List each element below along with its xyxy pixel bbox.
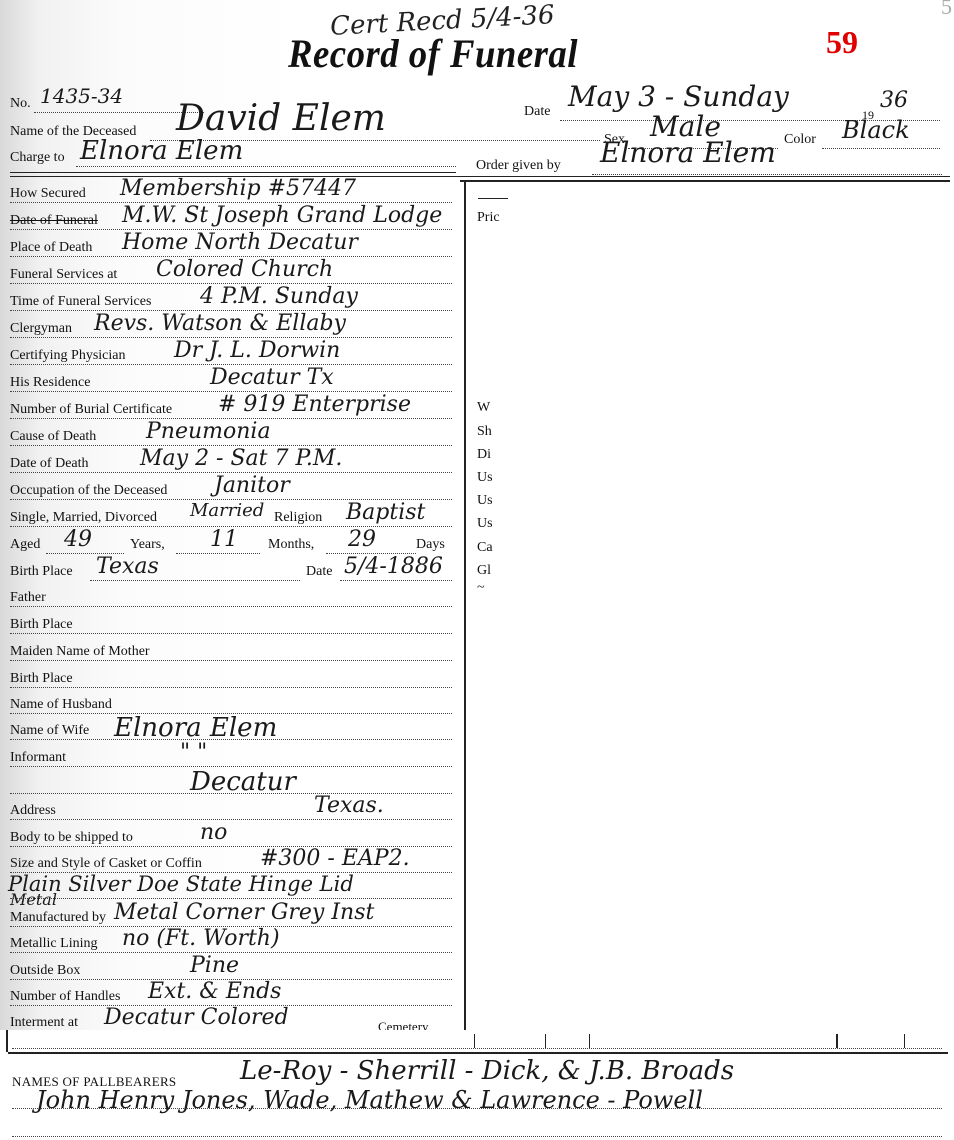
price-fragment: Pric [477,210,500,226]
field-label: Number of Burial Certificate [10,402,172,418]
pallbearers-section: NAMES OF PALLBEARERS Le-Roy - Sherrill -… [0,1030,954,1140]
field-label: Time of Funeral Services [10,294,151,310]
aged-days: 29 [348,527,376,552]
charge-to-value: Elnora Elem [80,136,243,166]
field-line [10,660,452,661]
days-label: Days [416,537,445,553]
order-given-by-label: Order given by [476,158,561,174]
field-value: Plain Silver Doe State Hinge Lid [8,872,354,896]
field-value: May 2 - Sat 7 P.M. [140,446,342,471]
months-line [176,553,260,554]
birth-date-label: Date [306,564,332,580]
field-label: Name of Husband [10,697,112,713]
field-value: Home North Decatur [122,230,358,255]
date-value: May 3 - Sunday [568,80,789,113]
right-fragment: Us [477,493,493,509]
field-label: Date of Death [10,456,89,472]
col-tick [836,1034,838,1048]
date-label: Date [524,104,550,120]
field-label: Place of Death [10,240,92,256]
field-line [10,819,452,820]
field-value: Decatur Tx [210,365,334,390]
field-value: Revs. Watson & Ellaby [94,311,346,336]
right-fragment: W [477,400,490,416]
right-fragment: Us [477,470,493,486]
field-label: Body to be shipped to [10,830,133,846]
birth-date-line [340,580,452,581]
religion-label: Religion [274,510,322,526]
field-line [10,898,452,899]
field-label: Funeral Services at [10,267,117,283]
right-fragment: Sh [477,424,492,440]
no-value: 1435-34 [40,84,123,108]
column-divider [464,180,466,1030]
field-value: Pine [190,953,239,978]
field-label: Outside Box [10,963,80,979]
field-label: Occupation of the Deceased [10,483,167,499]
field-birth-place: Birth Place Texas Date 5/4-1886 [10,560,452,586]
field-value: Elnora Elem [114,713,277,743]
birth-place-label: Birth Place [10,564,73,580]
field-label: Interment at [10,1015,78,1031]
order-given-by-value: Elnora Elem [600,136,776,169]
field-value: Decatur [190,767,296,797]
field-mother-birth-place: Birth Place [10,667,452,693]
right-fragment: Us [477,516,493,532]
right-fragment: Ca [477,540,493,556]
field-value: #300 - EAP2. [260,846,410,871]
pallbearers-line-1: Le-Roy - Sherrill - Dick, & J.B. Broads [240,1056,734,1086]
months-label: Months, [268,537,314,553]
field-label: How Secured [10,186,86,202]
aged-months: 11 [210,527,238,552]
right-fragment: ~ [477,580,485,596]
header-rule-right [460,180,950,182]
color-label: Color [784,132,816,148]
charge-to-line [76,166,456,167]
field-value: M.W. St Joseph Grand Lodge [122,203,442,228]
field-value: Ext. & Ends [148,979,281,1004]
pallbearers-bottom-rule [12,1136,942,1137]
right-fragment: Gl [477,563,491,579]
funeral-record-page: 5 Cert Recd 5/4-36 Record of Funeral 59 … [0,0,954,1140]
corner-mark: 5 [941,0,952,20]
field-label: Birth Place [10,617,73,633]
header-rule-top [10,172,456,173]
field-father: Father [10,586,452,612]
col-tick [474,1034,475,1048]
religion-value: Baptist [346,500,425,525]
field-line [10,633,452,634]
field-label: Address [10,803,56,819]
year-value: 36 [880,88,908,113]
field-address: Address Texas. [10,799,452,825]
pallbearers-top-rule [8,1052,948,1054]
pallbearers-line-2: John Henry Jones, Wade, Mathew & Lawrenc… [36,1086,703,1114]
field-label: Metallic Lining [10,936,97,952]
field-value: Membership #57447 [120,176,356,201]
deceased-value: David Elem [176,98,386,139]
field-value: no [200,820,227,845]
years-label: Years, [130,537,165,553]
field-value: Colored Church [156,257,333,282]
col-tick [545,1034,546,1048]
birth-place-line [90,580,300,581]
field-maiden-name-of-mother: Maiden Name of Mother [10,640,452,666]
col-tick [904,1034,905,1048]
color-value: Black [842,116,910,144]
charge-to-label: Charge to [10,150,65,166]
field-label: Informant [10,750,66,766]
field-value: Metal Corner Grey Inst [114,900,374,925]
color-line [822,148,940,149]
field-value: Dr J. L. Dorwin [174,338,340,363]
field-value: Married [190,500,264,521]
field-label: Name of Wife [10,723,89,739]
field-value: Janitor [214,473,290,498]
field-overwrite: Metal [10,890,57,909]
field-value: no (Ft. Worth) [122,926,280,951]
left-edge-rule [6,1030,8,1052]
birth-place-value: Texas [96,554,159,579]
field-label: Cause of Death [10,429,96,445]
field-label: Father [10,590,46,606]
field-value: Pneumonia [146,419,271,444]
table-row-line [12,1048,942,1049]
no-label: No. [10,96,31,112]
field-father-birth-place: Birth Place [10,613,452,639]
field-label: Size and Style of Casket or Coffin [10,856,202,872]
page-number: 59 [826,24,858,61]
birth-date-value: 5/4-1886 [344,554,443,579]
field-label: Maiden Name of Mother [10,644,150,660]
field-value: # 919 Enterprise [218,392,411,417]
field-value: Texas. [314,793,384,818]
page-title: Record of Funeral [288,30,578,77]
field-label: Clergyman [10,321,72,337]
field-line [10,606,452,607]
price-rule [478,198,508,199]
field-label: Number of Handles [10,989,120,1005]
aged-label: Aged [10,537,40,553]
field-value: " " [180,740,207,765]
order-given-by-line [592,174,942,175]
aged-years: 49 [64,527,92,552]
field-label: Single, Married, Divorced [10,510,157,526]
field-line [10,687,452,688]
field-informant-continued: Decatur [10,773,452,799]
col-tick [589,1034,590,1048]
field-value: 4 P.M. Sunday [200,284,358,309]
field-label: Certifying Physician [10,348,126,364]
field-value: Decatur Colored [104,1005,289,1030]
right-fragment: Di [477,447,491,463]
field-name-of-wife: Name of Wife Elnora Elem [10,719,452,745]
field-label: Manufactured by [10,910,106,926]
field-label: Date of Funeral [10,213,98,229]
field-label: Birth Place [10,671,73,687]
field-label: His Residence [10,375,90,391]
